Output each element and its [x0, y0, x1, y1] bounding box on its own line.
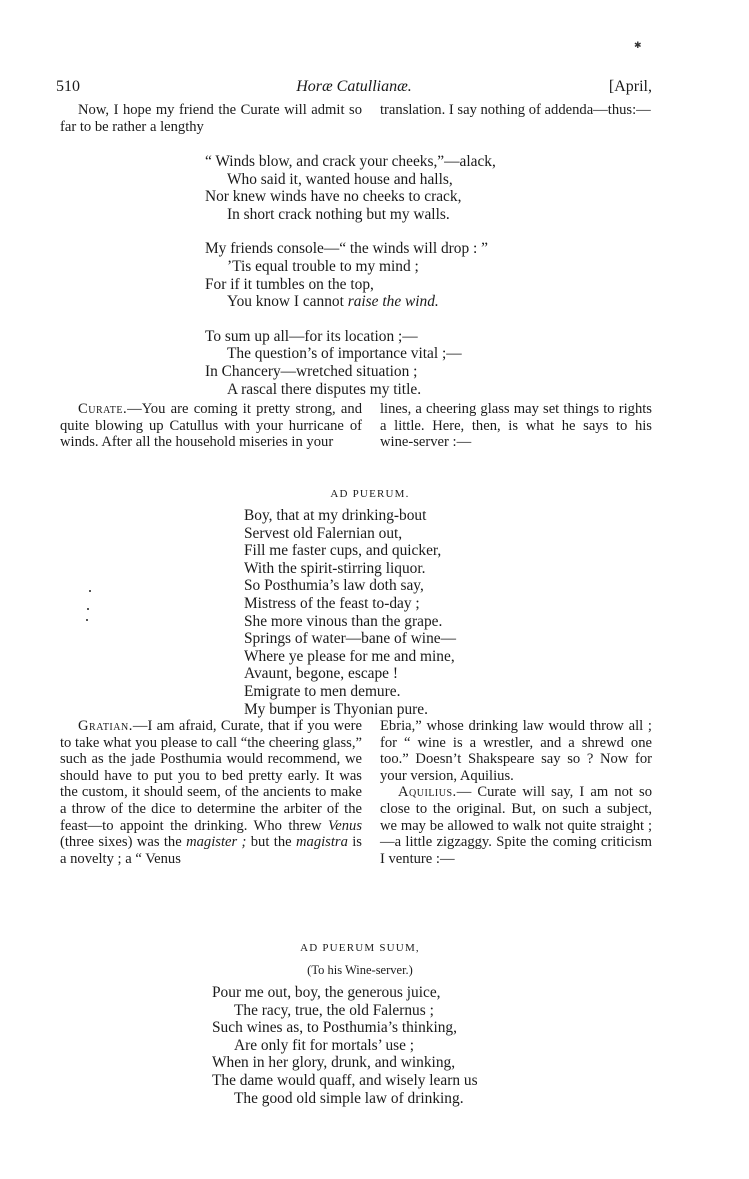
- issue-month: [April,: [609, 78, 652, 96]
- verse-line: Are only fit for mortals’ use ;: [212, 1037, 478, 1055]
- poem-title: AD PUERUM.: [230, 488, 510, 500]
- speaker-name: Curate.: [78, 401, 127, 417]
- verse-line: Who said it, wanted house and halls,: [205, 171, 496, 189]
- print-mark: ✱: [634, 40, 642, 51]
- speaker-name: Aquilius.: [398, 784, 457, 800]
- verse-line: For if it tumbles on the top,: [205, 276, 496, 294]
- margin-dot: [87, 608, 89, 610]
- gratian-text: —I am afraid, Curate, that if you were t…: [60, 718, 362, 834]
- curate-left-column: Curate.—You are coming it pretty strong,…: [60, 401, 362, 451]
- verse-line: In short crack nothing but my walls.: [205, 206, 496, 224]
- poem-title: AD PUERUM SUUM,: [200, 942, 520, 954]
- italic-term: Venus: [328, 818, 362, 834]
- verse-line: ’Tis equal trouble to my mind ;: [205, 258, 496, 276]
- gratian-right-column: Ebria,” whose drinking law would throw a…: [380, 718, 652, 867]
- aquilius-paragraph: Aquilius.— Curate will say, I am not so …: [380, 784, 652, 867]
- verse-line: The good old simple law of drinking.: [212, 1090, 478, 1108]
- verse-line: Fill me faster cups, and quicker,: [244, 542, 456, 560]
- verse-line: With the spirit-stirring liquor.: [244, 560, 456, 578]
- intro-right-text: translation. I say nothing of addenda—th…: [380, 102, 652, 119]
- curate-right-text: lines, a cheering glass may set things t…: [380, 401, 652, 451]
- margin-dot: [89, 590, 91, 592]
- poem-winds: “ Winds blow, and crack your cheeks,”—al…: [205, 153, 496, 415]
- verse-line: When in her glory, drunk, and winking,: [212, 1054, 478, 1072]
- poem-subtitle: (To his Wine-server.): [200, 963, 520, 978]
- italic-term: magister ;: [186, 834, 246, 850]
- running-header: 510 Horæ Catullianæ. [April,: [56, 78, 652, 98]
- verse-line: My friends console—“ the winds will drop…: [205, 240, 496, 258]
- verse-line: My bumper is Thyonian pure.: [244, 701, 456, 719]
- gratian-left-column: Gratian.—I am afraid, Curate, that if yo…: [60, 718, 362, 867]
- gratian-text: (three sixes) was the: [60, 834, 186, 850]
- verse-line: Springs of water—bane of wine—: [244, 630, 456, 648]
- verse-line: Nor knew winds have no cheeks to crack,: [205, 188, 496, 206]
- italic-term: magistra: [296, 834, 348, 850]
- verse-line: The question’s of importance vital ;—: [205, 345, 496, 363]
- verse-line: “ Winds blow, and crack your cheeks,”—al…: [205, 153, 496, 171]
- gratian-right-text: Ebria,” whose drinking law would throw a…: [380, 718, 652, 784]
- poem-ad-puerum-suum: Pour me out, boy, the generous juice, Th…: [212, 984, 478, 1107]
- verse-line: You know I cannot raise the wind.: [205, 293, 496, 311]
- verse-line: She more vinous than the grape.: [244, 613, 456, 631]
- margin-dot: [86, 619, 88, 621]
- running-title: Horæ Catullianæ.: [56, 78, 652, 96]
- intro-left-text: Now, I hope my friend the Curate will ad…: [60, 102, 362, 135]
- poem-ad-puerum: Boy, that at my drinking-bout Servest ol…: [244, 507, 456, 718]
- stanza: My friends console—“ the winds will drop…: [205, 240, 496, 310]
- gratian-paragraph: Gratian.—I am afraid, Curate, that if yo…: [60, 718, 362, 867]
- verse-line: Servest old Falernian out,: [244, 525, 456, 543]
- verse-line: To sum up all—for its location ;—: [205, 328, 496, 346]
- stanza: To sum up all—for its location ;— The qu…: [205, 328, 496, 398]
- curate-paragraph: Curate.—You are coming it pretty strong,…: [60, 401, 362, 451]
- intro-right-column: translation. I say nothing of addenda—th…: [380, 102, 652, 119]
- verse-line: Emigrate to men demure.: [244, 683, 456, 701]
- gratian-text: but the: [246, 834, 296, 850]
- verse-line: Pour me out, boy, the generous juice,: [212, 984, 478, 1002]
- intro-left-column: Now, I hope my friend the Curate will ad…: [60, 102, 362, 135]
- speaker-name: Gratian.: [78, 718, 133, 734]
- curate-right-column: lines, a cheering glass may set things t…: [380, 401, 652, 451]
- verse-line: In Chancery—wretched situation ;: [205, 363, 496, 381]
- verse-line: The dame would quaff, and wisely learn u…: [212, 1072, 478, 1090]
- verse-line: So Posthumia’s law doth say,: [244, 577, 456, 595]
- stanza: “ Winds blow, and crack your cheeks,”—al…: [205, 153, 496, 223]
- verse-italic: raise the wind.: [348, 293, 439, 310]
- verse-line: Avaunt, begone, escape !: [244, 665, 456, 683]
- verse-line: Such wines as, to Posthumia’s thinking,: [212, 1019, 478, 1037]
- verse-line: Mistress of the feast to-day ;: [244, 595, 456, 613]
- verse-line: Where ye please for me and mine,: [244, 648, 456, 666]
- verse-line: A rascal there disputes my title.: [205, 381, 496, 399]
- verse-text: You know I cannot: [227, 293, 348, 310]
- verse-line: Boy, that at my drinking-bout: [244, 507, 456, 525]
- verse-line: The racy, true, the old Falernus ;: [212, 1002, 478, 1020]
